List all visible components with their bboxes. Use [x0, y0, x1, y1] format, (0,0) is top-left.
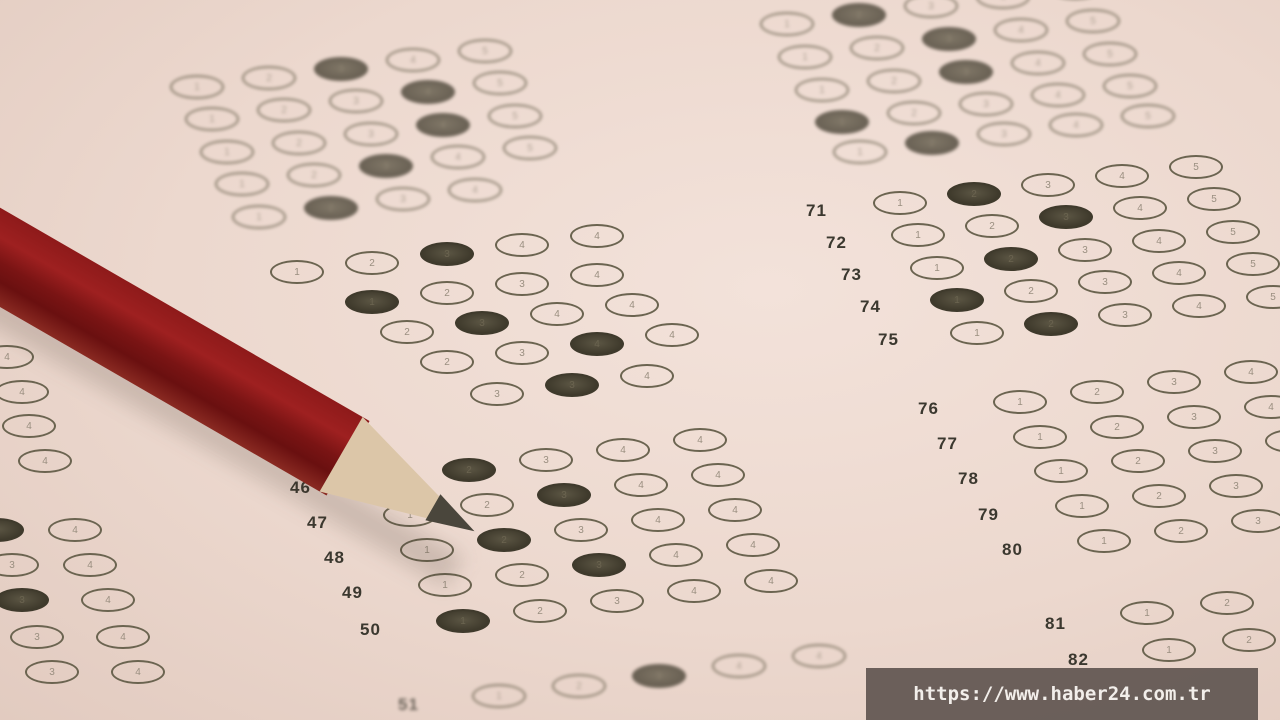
- answer-bubble: 5: [458, 39, 512, 63]
- answer-bubble: 1: [1120, 601, 1174, 625]
- filled-bubble: 2: [1024, 312, 1078, 336]
- filled-bubble: 3: [359, 154, 413, 178]
- filled-bubble: 3: [545, 373, 599, 397]
- answer-bubble: 3: [470, 382, 524, 406]
- question-number: 73: [841, 265, 862, 285]
- filled-bubble: 3: [455, 311, 509, 335]
- answer-bubble: 2: [272, 131, 326, 155]
- question-number: 50: [360, 620, 381, 640]
- answer-bubble: 3: [904, 0, 958, 18]
- question-number: 79: [978, 505, 999, 525]
- answer-bubble: 4: [691, 463, 745, 487]
- answer-bubble: 5: [1206, 220, 1260, 244]
- answer-bubble: 1: [200, 140, 254, 164]
- answer-bubble: 1: [472, 684, 526, 708]
- answer-bubble: 1: [185, 107, 239, 131]
- answer-bubble: 4: [726, 533, 780, 557]
- answer-bubble: 4: [645, 323, 699, 347]
- answer-bubble: 5: [488, 104, 542, 128]
- answer-bubble: 4: [1011, 51, 1065, 75]
- answer-bubble: 2: [495, 563, 549, 587]
- source-watermark: https://www.haber24.com.tr: [866, 668, 1258, 720]
- answer-bubble: 3: [25, 660, 79, 684]
- answer-bubble: 1: [891, 223, 945, 247]
- answer-bubble: 4: [570, 224, 624, 248]
- answer-bubble: 1: [1077, 529, 1131, 553]
- filled-bubble: 3: [314, 57, 368, 81]
- answer-bubble: 3: [0, 553, 39, 577]
- answer-bubble: 3: [590, 589, 644, 613]
- answer-bubble: 3: [1058, 238, 1112, 262]
- answer-bubble: 2: [242, 66, 296, 90]
- filled-bubble: 1: [930, 288, 984, 312]
- answer-bubble: 4: [1113, 196, 1167, 220]
- answer-bubble: 3: [344, 122, 398, 146]
- question-number: 49: [342, 583, 363, 603]
- answer-bubble: 4: [495, 233, 549, 257]
- answer-bubble: 1: [795, 78, 849, 102]
- answer-bubble: 4: [712, 654, 766, 678]
- filled-bubble: 2: [832, 3, 886, 27]
- answer-bubble: 5: [503, 136, 557, 160]
- question-number: 72: [826, 233, 847, 253]
- answer-bubble: 2: [287, 163, 341, 187]
- answer-bubble: 2: [1090, 415, 1144, 439]
- question-number: 75: [878, 330, 899, 350]
- answer-bubble: 4: [620, 364, 674, 388]
- answer-bubble: 1: [1034, 459, 1088, 483]
- question-number: 48: [324, 548, 345, 568]
- answer-bubble: 3: [495, 272, 549, 296]
- answer-bubble: 1: [1142, 638, 1196, 662]
- question-number: 74: [860, 297, 881, 317]
- answer-bubble: 1: [1013, 425, 1067, 449]
- answer-bubble: 1: [232, 205, 286, 229]
- answer-bubble: 4: [81, 588, 135, 612]
- answer-bubble: 5: [1246, 285, 1280, 309]
- answer-bubble: 5: [1169, 155, 1223, 179]
- answer-bubble: 5: [1187, 187, 1241, 211]
- answer-bubble: 4: [1049, 113, 1103, 137]
- filled-bubble: 3: [1039, 205, 1093, 229]
- answer-bubble: 3: [977, 122, 1031, 146]
- filled-bubble: 4: [416, 113, 470, 137]
- answer-bubble: 4: [1224, 360, 1278, 384]
- answer-bubble: 1: [760, 12, 814, 36]
- answer-bubble: 3: [376, 187, 430, 211]
- answer-bubble: 4: [976, 0, 1030, 9]
- answer-bubble: 5: [1103, 74, 1157, 98]
- filled-bubble: 1: [436, 609, 490, 633]
- answer-bubble: 2: [1004, 279, 1058, 303]
- answer-bubble: 2: [1154, 519, 1208, 543]
- answer-bubble: 1: [170, 75, 224, 99]
- answer-bubble: 4: [1172, 294, 1226, 318]
- answer-bubble: 4: [792, 644, 846, 668]
- answer-bubble: 3: [10, 625, 64, 649]
- answer-bubble: 2: [887, 101, 941, 125]
- answer-bubble: 2: [1070, 380, 1124, 404]
- answer-bubble: 2: [552, 674, 606, 698]
- answer-bubble: 4: [1152, 261, 1206, 285]
- filled-bubble: 3: [420, 242, 474, 266]
- filled-bubble: 2: [984, 247, 1038, 271]
- answer-bubble: 3: [329, 89, 383, 113]
- answer-bubble: 3: [1188, 439, 1242, 463]
- answer-bubble: 5: [1121, 104, 1175, 128]
- answer-bubble: 1: [215, 172, 269, 196]
- answer-bubble: 2: [420, 350, 474, 374]
- answer-bubble: 4: [48, 518, 102, 542]
- filled-bubble: 2: [905, 131, 959, 155]
- question-number: 51: [398, 695, 419, 715]
- answer-bubble: 4: [1265, 429, 1280, 453]
- filled-bubble: 2: [304, 196, 358, 220]
- filled-bubble: 3: [572, 553, 626, 577]
- filled-bubble: 2: [947, 182, 1001, 206]
- filled-bubble: 3: [0, 518, 24, 542]
- answer-bubble: 2: [965, 214, 1019, 238]
- answer-bubble: 1: [270, 260, 324, 284]
- answer-bubble: 2: [850, 36, 904, 60]
- answer-sheet-photo: 45464748495051717273747576777879808182 1…: [0, 0, 1280, 720]
- answer-bubble: 4: [0, 345, 34, 369]
- answer-bubble: 3: [959, 92, 1013, 116]
- answer-bubble: 1: [910, 256, 964, 280]
- answer-bubble: 4: [448, 178, 502, 202]
- question-number: 76: [918, 399, 939, 419]
- answer-bubble: 2: [420, 281, 474, 305]
- answer-bubble: 1: [950, 321, 1004, 345]
- answer-bubble: 2: [1222, 628, 1276, 652]
- answer-bubble: 2: [1111, 449, 1165, 473]
- answer-bubble: 4: [386, 48, 440, 72]
- answer-bubble: 2: [380, 320, 434, 344]
- answer-bubble: 4: [111, 660, 165, 684]
- answer-bubble: 4: [614, 473, 668, 497]
- answer-bubble: 3: [1098, 303, 1152, 327]
- answer-bubble: 2: [345, 251, 399, 275]
- answer-bubble: 3: [1078, 270, 1132, 294]
- answer-bubble: 4: [649, 543, 703, 567]
- answer-bubble: 5: [1226, 252, 1280, 276]
- answer-bubble: 3: [519, 448, 573, 472]
- answer-bubble: 4: [708, 498, 762, 522]
- answer-bubble: 4: [1095, 164, 1149, 188]
- answer-bubble: 4: [1132, 229, 1186, 253]
- filled-bubble: 4: [401, 80, 455, 104]
- answer-bubble: 4: [2, 414, 56, 438]
- answer-bubble: 1: [778, 45, 832, 69]
- answer-bubble: 3: [1209, 474, 1263, 498]
- answer-bubble: 1: [873, 191, 927, 215]
- answer-bubble: 4: [744, 569, 798, 593]
- answer-bubble: 2: [257, 98, 311, 122]
- answer-bubble: 2: [1200, 591, 1254, 615]
- answer-bubble: 2: [1132, 484, 1186, 508]
- question-number: 78: [958, 469, 979, 489]
- answer-bubble: 2: [513, 599, 567, 623]
- filled-bubble: 3: [632, 664, 686, 688]
- question-number: 77: [937, 434, 958, 454]
- filled-bubble: 1: [815, 110, 869, 134]
- answer-bubble: 1: [833, 140, 887, 164]
- filled-bubble: 1: [345, 290, 399, 314]
- answer-bubble: 1: [993, 390, 1047, 414]
- answer-bubble: 3: [1021, 173, 1075, 197]
- answer-bubble: 4: [1244, 395, 1280, 419]
- answer-bubble: 4: [605, 293, 659, 317]
- question-number: 81: [1045, 614, 1066, 634]
- answer-bubble: 4: [631, 508, 685, 532]
- filled-bubble: 3: [922, 27, 976, 51]
- answer-bubble: 4: [96, 625, 150, 649]
- question-number: 80: [1002, 540, 1023, 560]
- answer-bubble: 4: [673, 428, 727, 452]
- answer-bubble: 4: [596, 438, 650, 462]
- filled-bubble: 3: [0, 588, 49, 612]
- answer-bubble: 2: [867, 69, 921, 93]
- answer-bubble: 3: [1167, 405, 1221, 429]
- answer-bubble: 5: [1066, 9, 1120, 33]
- answer-bubble: 4: [530, 302, 584, 326]
- filled-bubble: 4: [570, 332, 624, 356]
- answer-bubble: 4: [18, 449, 72, 473]
- answer-bubble: 1: [1055, 494, 1109, 518]
- answer-bubble: 4: [63, 553, 117, 577]
- answer-bubble: 4: [667, 579, 721, 603]
- question-number: 71: [806, 201, 827, 221]
- answer-bubble: 5: [1083, 42, 1137, 66]
- answer-bubble: 4: [1031, 83, 1085, 107]
- filled-bubble: 3: [939, 60, 993, 84]
- answer-bubble: 4: [0, 380, 49, 404]
- answer-bubble: 3: [1147, 370, 1201, 394]
- filled-bubble: 3: [537, 483, 591, 507]
- answer-bubble: 3: [1231, 509, 1280, 533]
- answer-bubble: 4: [431, 145, 485, 169]
- question-number: 82: [1068, 650, 1089, 670]
- answer-bubble: 3: [495, 341, 549, 365]
- answer-bubble: 4: [570, 263, 624, 287]
- answer-bubble: 5: [473, 71, 527, 95]
- answer-bubble: 3: [554, 518, 608, 542]
- answer-bubble: 4: [994, 18, 1048, 42]
